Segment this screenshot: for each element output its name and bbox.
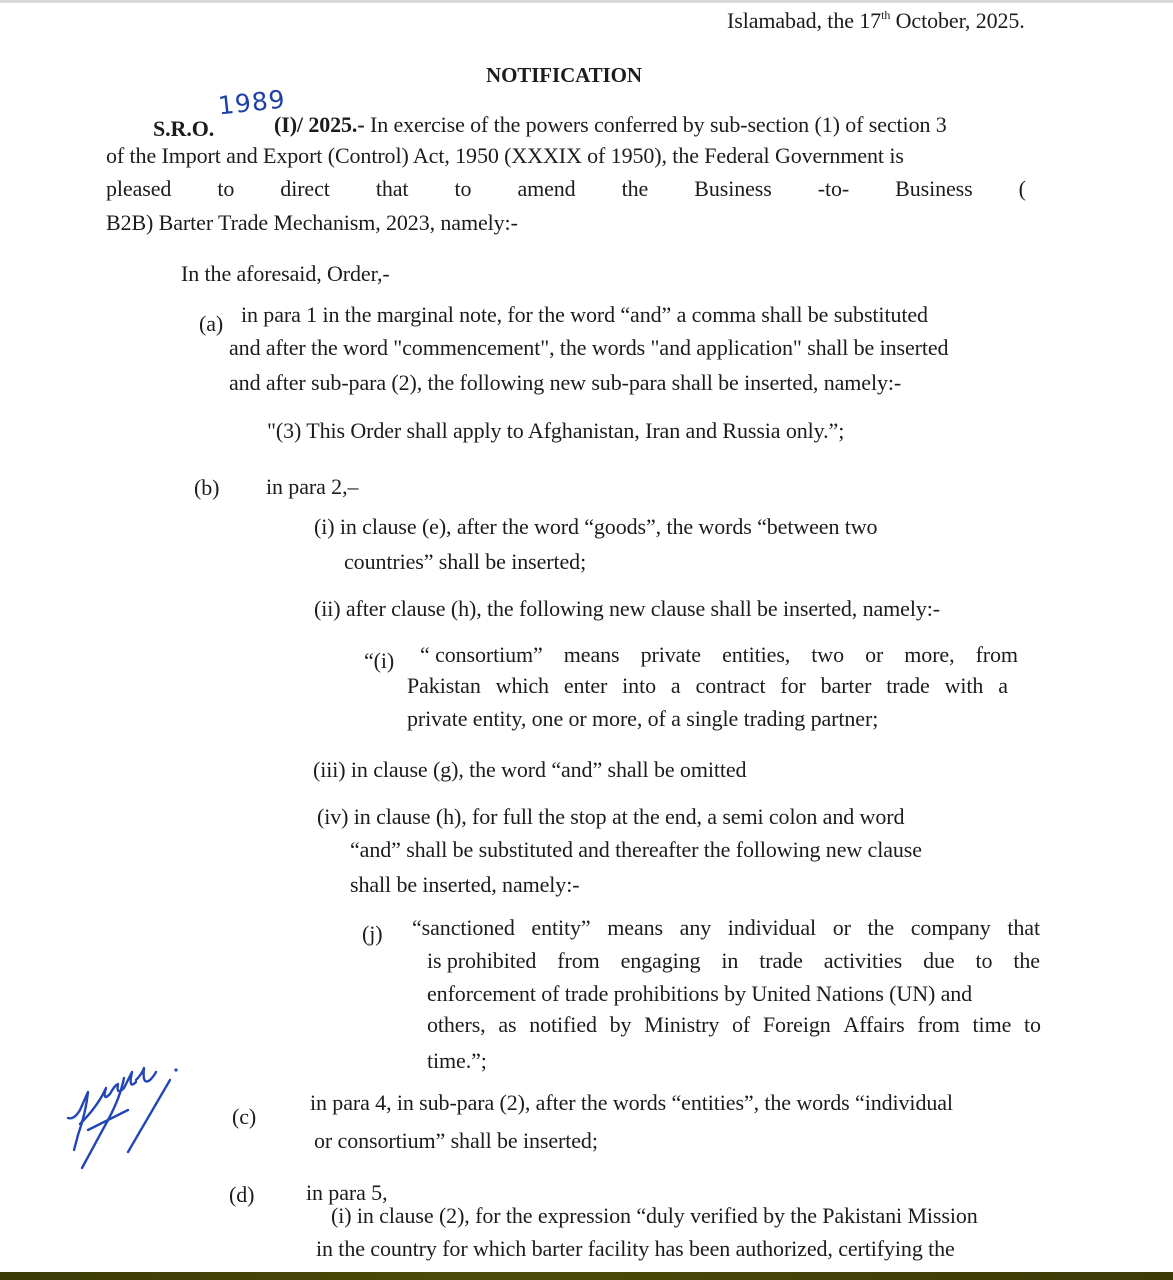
para-b-label: (b) [194, 477, 219, 499]
word: ( [1019, 178, 1026, 200]
word: Business [694, 178, 771, 200]
word: that [376, 178, 409, 200]
word: to [454, 178, 471, 200]
para-d-label: (d) [229, 1184, 254, 1206]
para-a-line-3: and after sub-para (2), the following ne… [229, 372, 901, 394]
date-suffix: October, 2025. [890, 8, 1024, 33]
para-c-line-1: in para 4, in sub-para (2), after the wo… [310, 1092, 953, 1114]
word: more, [904, 644, 954, 666]
sro-line-1: (I)/ 2025.- In exercise of the powers co… [274, 114, 947, 136]
word: others, [427, 1014, 486, 1036]
word: Affairs [843, 1014, 904, 1036]
word: as [498, 1014, 516, 1036]
word: notified [529, 1014, 597, 1036]
word: trade [759, 950, 802, 972]
clause-j-label: (j) [362, 923, 382, 945]
para-a-line-1: in para 1 in the marginal note, for the … [241, 304, 928, 326]
clause-j-line-2: is prohibitedfromengagingintradeactiviti… [427, 950, 1040, 972]
word: for [780, 675, 805, 697]
date-prefix: Islamabad, the 17 [727, 8, 881, 33]
para-b-iv-line-2: “and” shall be substituted and thereafte… [350, 839, 922, 861]
word: enter [564, 675, 607, 697]
word: Ministry [644, 1014, 719, 1036]
word: which [496, 675, 549, 697]
clause-j-line-5: time.”; [427, 1050, 487, 1072]
para-a-quote: "(3) This Order shall apply to Afghanist… [267, 420, 844, 442]
word: a [671, 675, 681, 697]
word: a [998, 675, 1008, 697]
para-b-iv-line-3: shall be inserted, namely:- [350, 874, 579, 896]
word: with [945, 675, 984, 697]
word: pleased [106, 178, 171, 200]
word: entity” [531, 917, 590, 939]
word: the [868, 917, 895, 939]
word: “sanctioned [412, 917, 515, 939]
sro-line-2: of the Import and Export (Control) Act, … [106, 145, 1027, 167]
clause-i-label: “(i) [364, 650, 394, 672]
word: of [732, 1014, 750, 1036]
clause-j-line-1: “sanctionedentity”meansanyindividualorth… [412, 917, 1040, 939]
sro-line-3: pleasedtodirectthattoamendtheBusiness-to… [106, 178, 1026, 200]
word: any [680, 917, 711, 939]
word: to [217, 178, 234, 200]
word: direct [280, 178, 329, 200]
word: trade [886, 675, 929, 697]
word: to [1024, 1014, 1041, 1036]
word: is prohibited [427, 950, 536, 972]
para-b-text: in para 2,– [266, 476, 358, 498]
word: barter [821, 675, 872, 697]
clause-i-line-2: Pakistanwhichenterintoacontractforbarter… [407, 675, 1008, 697]
word: -to- [818, 178, 849, 200]
word: by [610, 1014, 632, 1036]
para-c-line-2: or consortium” shall be inserted; [314, 1130, 598, 1152]
word: company [911, 917, 991, 939]
word: Business [895, 178, 972, 200]
para-b-i-line-1: (i) in clause (e), after the word “goods… [314, 516, 877, 538]
word: time [973, 1014, 1012, 1036]
footer-bar [0, 1272, 1173, 1280]
para-a-line-2: and after the word "commencement", the w… [229, 337, 948, 359]
para-c-label: (c) [232, 1106, 256, 1128]
sro-line-4: B2B) Barter Trade Mechanism, 2023, namel… [106, 212, 518, 234]
clause-i-line-1: “ consortium”meansprivateentities,twoorm… [420, 644, 1018, 666]
word: entities, [722, 644, 790, 666]
word: to [975, 950, 992, 972]
para-d-line-1: (i) in clause (2), for the expression “d… [331, 1205, 978, 1227]
word: means [564, 644, 620, 666]
word: in [721, 950, 738, 972]
word: into [622, 675, 656, 697]
word: due [923, 950, 954, 972]
word: the [1013, 950, 1040, 972]
word: contract [695, 675, 765, 697]
para-d-text: in para 5, [306, 1182, 387, 1204]
word: the [622, 178, 649, 200]
intro-text: In the aforesaid, Order,- [181, 263, 390, 285]
para-b-ii: (ii) after clause (h), the following new… [314, 598, 940, 620]
word: Foreign [763, 1014, 831, 1036]
word: that [1007, 917, 1040, 939]
clause-i-line-3: private entity, one or more, of a single… [407, 708, 878, 730]
page-title: NOTIFICATION [486, 65, 642, 86]
para-a-label: (a) [199, 313, 223, 335]
signature-icon [58, 1050, 198, 1175]
para-d-line-2: in the country for which barter facility… [316, 1238, 955, 1260]
para-b-iv-line-1: (iv) in clause (h), for full the stop at… [317, 806, 904, 828]
top-border [0, 0, 1173, 3]
word: from [557, 950, 599, 972]
word: two [811, 644, 844, 666]
word: individual [728, 917, 816, 939]
para-b-i-line-2: countries” shall be inserted; [344, 551, 586, 573]
word: or [865, 644, 883, 666]
word: activities [824, 950, 902, 972]
word: private [641, 644, 701, 666]
word: Pakistan [407, 675, 481, 697]
sro-label: S.R.O. [153, 118, 214, 140]
place-date: Islamabad, the 17th October, 2025. [727, 9, 1025, 32]
word: amend [517, 178, 575, 200]
clause-j-line-3: enforcement of trade prohibitions by Uni… [427, 983, 972, 1005]
word: “ consortium” [420, 644, 543, 666]
word: or [833, 917, 851, 939]
word: from [917, 1014, 959, 1036]
word: from [976, 644, 1018, 666]
notification-page: Islamabad, the 17th October, 2025. NOTIF… [0, 0, 1173, 1272]
date-superscript: th [881, 8, 890, 22]
sro-number: (I)/ 2025.- [274, 112, 365, 137]
sro-line-1-text: In exercise of the powers conferred by s… [370, 112, 947, 137]
clause-j-line-4: others,asnotifiedbyMinistryofForeignAffa… [427, 1014, 1041, 1036]
word: means [607, 917, 663, 939]
word: engaging [621, 950, 701, 972]
para-b-iii: (iii) in clause (g), the word “and” shal… [313, 759, 746, 781]
